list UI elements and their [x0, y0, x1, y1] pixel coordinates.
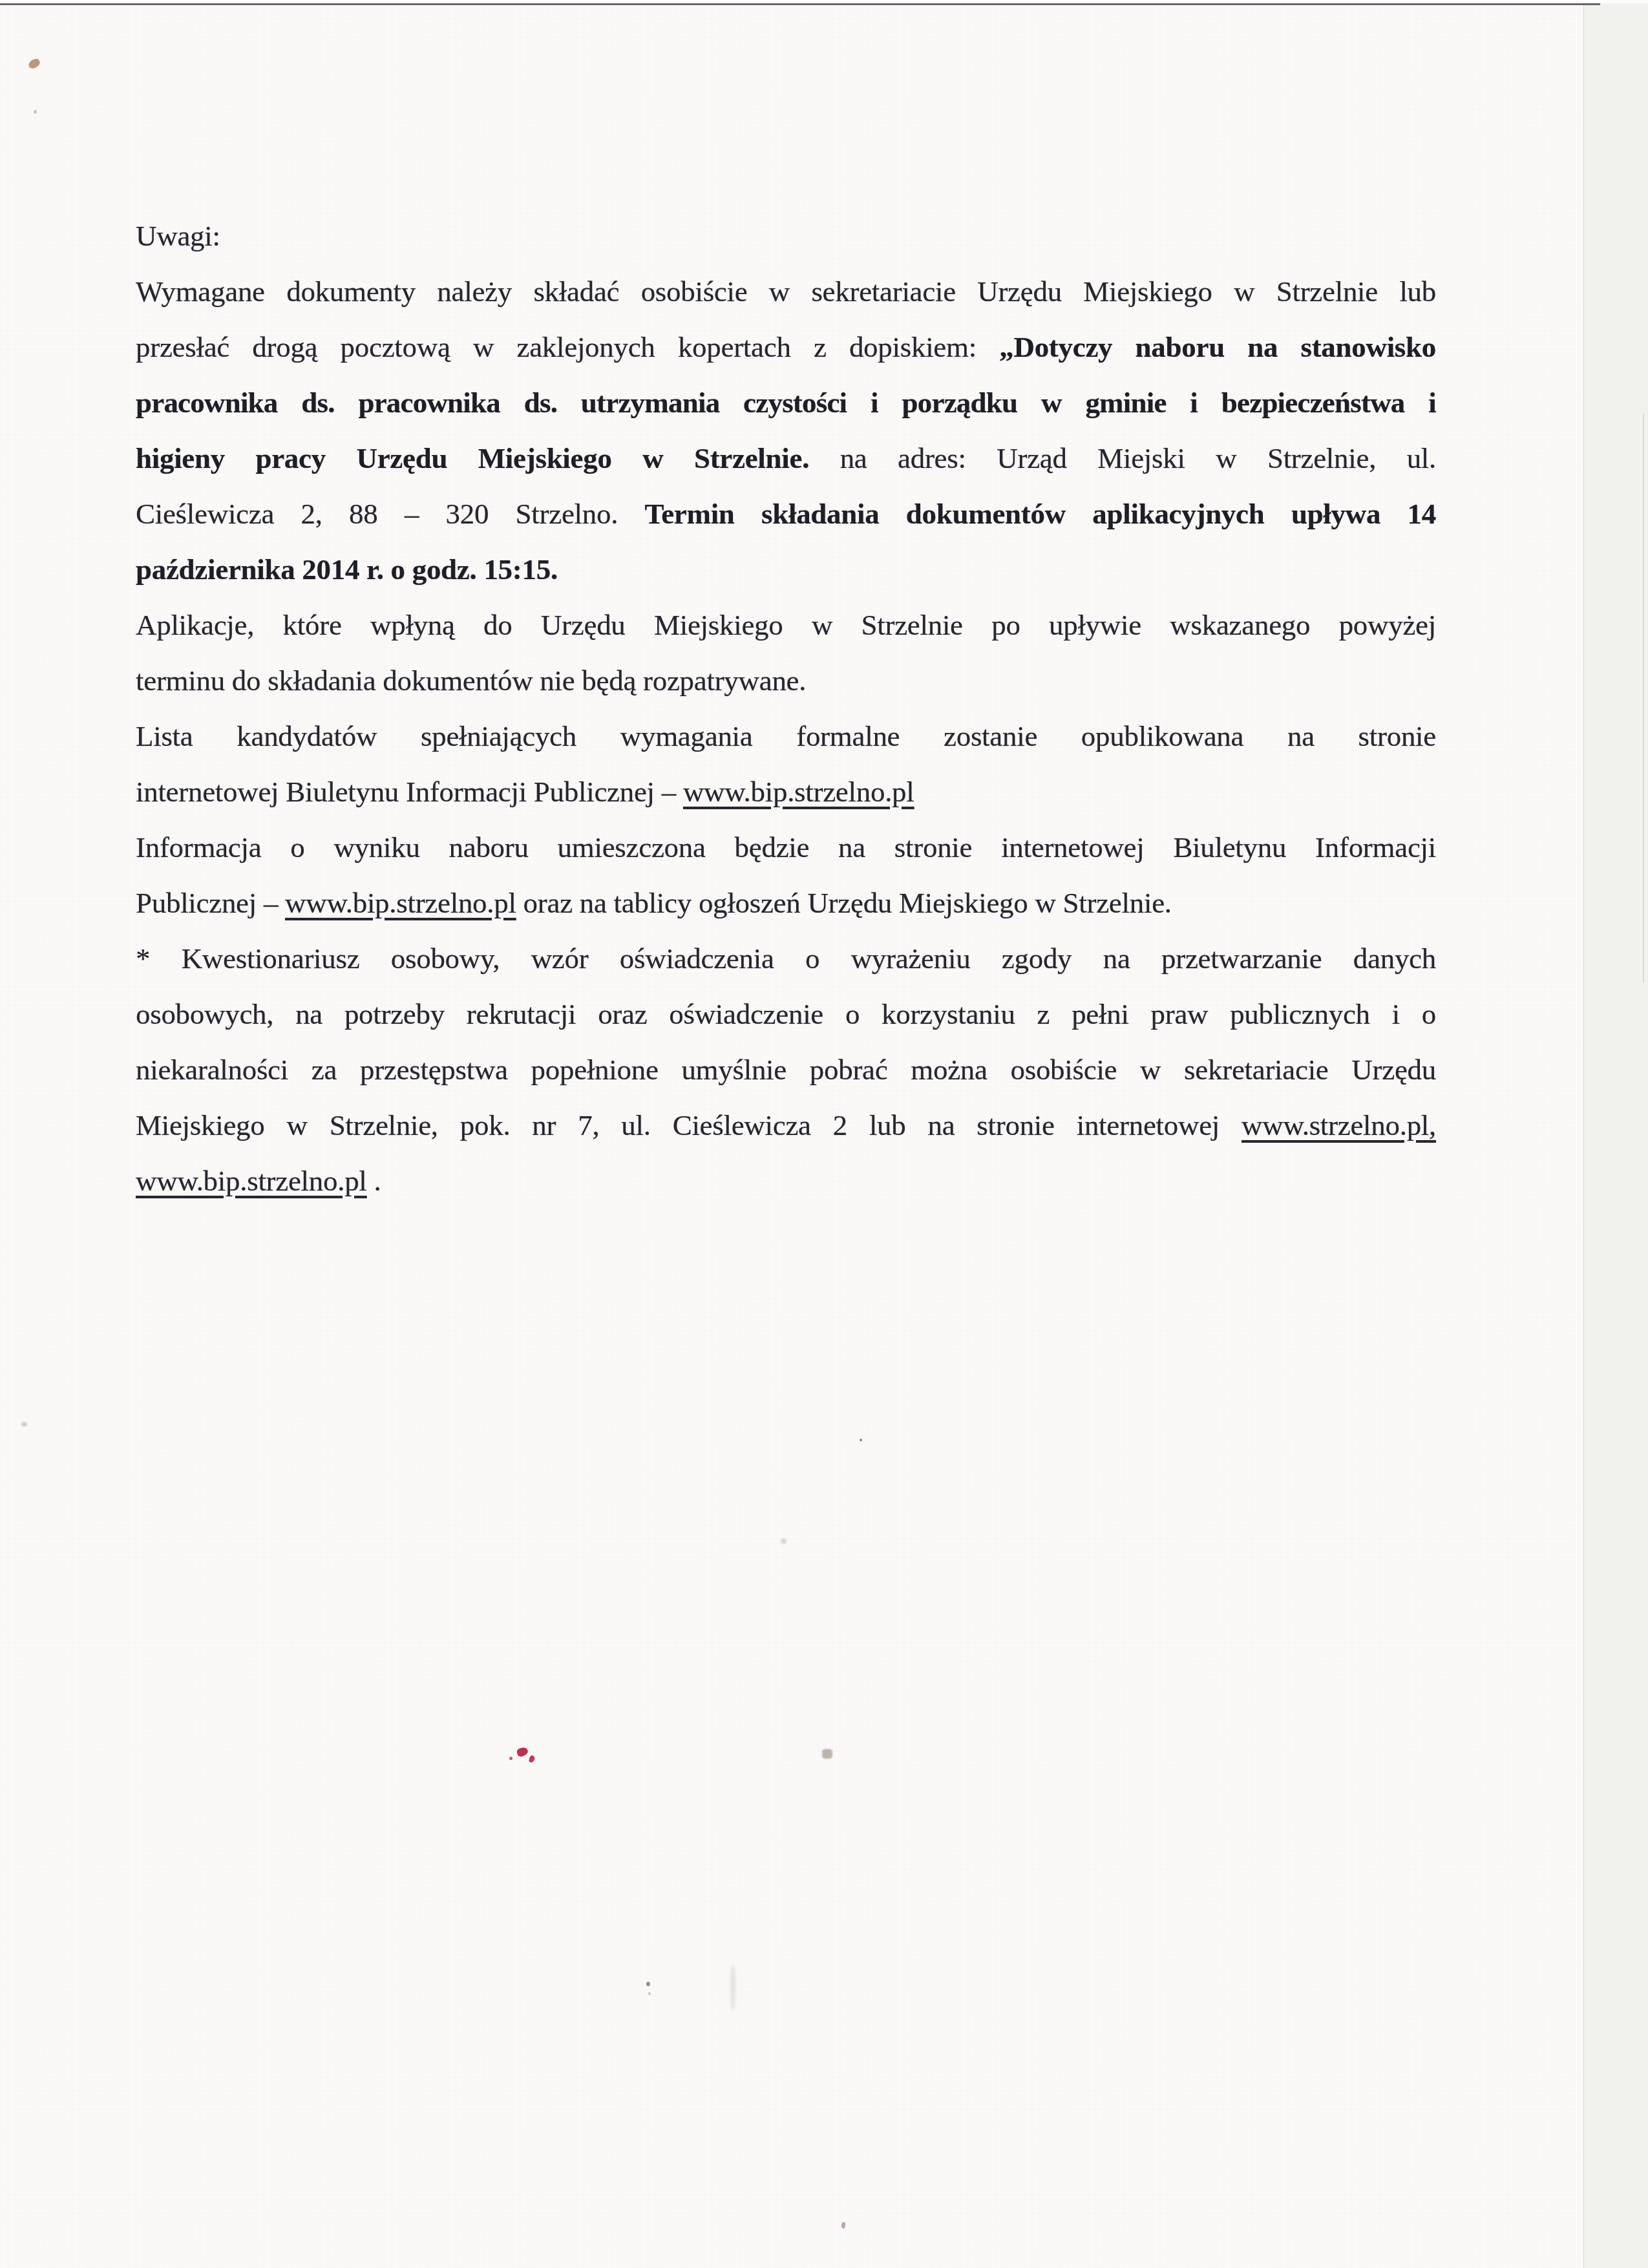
text-segment: przesłać drogą pocztową w zaklejonych ko… — [136, 331, 999, 363]
text-line-15: osobowych, na potrzeby rekrutacji oraz o… — [136, 986, 1436, 1042]
top-edge-scan-line — [0, 3, 1600, 5]
dust-dot-center-bottom — [646, 1982, 650, 1986]
text-line-18: www.bip.strzelno.pl . — [136, 1153, 1436, 1209]
url-text: www.bip.strzelno.pl — [285, 887, 516, 919]
text-line-17: Miejskiego w Strzelnie, pok. nr 7, ul. C… — [136, 1097, 1436, 1153]
text-segment: Publicznej – — [136, 887, 285, 919]
text-line-12: Informacja o wyniku naboru umieszczona b… — [136, 820, 1436, 875]
bold-text-segment: „Dotyczy naboru na stanowisko — [999, 331, 1436, 363]
dust-dot-dark — [860, 1439, 862, 1441]
text-segment: Lista kandydatów spełniających wymagania… — [136, 720, 1436, 752]
text-segment: terminu do składania dokumentów nie będą… — [136, 664, 806, 697]
red-ink-dot-right — [529, 1755, 536, 1763]
red-ink-blot-main — [516, 1746, 529, 1757]
red-ink-dot-left — [509, 1757, 512, 1760]
document-heading: Uwagi: — [136, 208, 1436, 264]
scanned-page: Uwagi:Wymagane dokumenty należy składać … — [0, 0, 1648, 2268]
text-line-16: niekaralności za przestępstwa popełnione… — [136, 1042, 1436, 1097]
smudge-center-bottom — [730, 1965, 735, 2010]
text-segment: oraz na tablicy ogłoszeń Urzędu Miejskie… — [516, 887, 1172, 919]
text-segment: Cieślewicza 2, 88 – 320 Strzelno. — [136, 498, 645, 530]
text-segment: Aplikacje, które wpłyną do Urzędu Miejsk… — [136, 609, 1436, 641]
url-text: www.strzelno.pl, — [1241, 1109, 1436, 1141]
text-line-2: Wymagane dokumenty należy składać osobiś… — [136, 264, 1436, 319]
text-segment: Wymagane dokumenty należy składać osobiś… — [136, 275, 1436, 308]
text-line-10: Lista kandydatów spełniających wymagania… — [136, 708, 1436, 764]
text-line-13: Publicznej – www.bip.strzelno.pl oraz na… — [136, 875, 1436, 931]
ink-speck-brown — [27, 58, 41, 69]
text-segment: Informacja o wyniku naboru umieszczona b… — [136, 831, 1436, 864]
text-line-3: przesłać drogą pocztową w zaklejonych ko… — [136, 319, 1436, 375]
text-segment: Miejskiego w Strzelnie, pok. nr 7, ul. C… — [136, 1109, 1241, 1141]
text-line-4: pracownika ds. pracownika ds. utrzymania… — [136, 375, 1436, 430]
dust-tail-center-bottom — [648, 1992, 651, 1995]
text-segment: * Kwestionariusz osobowy, wzór oświadcze… — [136, 942, 1436, 975]
text-line-5: higieny pracy Urzędu Miejskiego w Strzel… — [136, 430, 1436, 486]
text-segment: internetowej Biuletynu Informacji Public… — [136, 776, 683, 808]
bold-text-segment: Termin składania dokumentów aplikacyjnyc… — [645, 498, 1436, 530]
text-line-14: * Kwestionariusz osobowy, wzór oświadcze… — [136, 931, 1436, 986]
bold-text-segment: higieny pracy Urzędu Miejskiego w Strzel… — [136, 442, 809, 474]
dust-blob-gray — [781, 1538, 787, 1544]
text-segment: na adres: Urząd Miejski w Strzelnie, ul. — [809, 442, 1436, 474]
dust-speck-left-margin — [21, 1422, 27, 1426]
pencil-smudge-mark — [822, 1749, 832, 1759]
text-segment: osobowych, na potrzeby rekrutacji oraz o… — [136, 998, 1436, 1030]
url-text: www.bip.strzelno.pl — [683, 776, 914, 808]
text-segment: niekaralności za przestępstwa popełnione… — [136, 1054, 1436, 1086]
document-text-block: Uwagi:Wymagane dokumenty należy składać … — [136, 208, 1436, 1209]
scanner-edge-strip — [1583, 0, 1648, 2268]
url-text: www.bip.strzelno.pl — [136, 1165, 367, 1197]
text-line-11: internetowej Biuletynu Informacji Public… — [136, 764, 1436, 820]
text-segment: . — [367, 1165, 381, 1197]
scratch-line-right-edge — [1643, 414, 1644, 982]
text-segment: Uwagi: — [136, 220, 220, 252]
text-line-6: Cieślewicza 2, 88 – 320 Strzelno. Termin… — [136, 486, 1436, 542]
text-line-8: Aplikacje, które wpłyną do Urzędu Miejsk… — [136, 597, 1436, 653]
text-line-9: terminu do składania dokumentów nie będą… — [136, 653, 1436, 708]
fiber-speck-bottom — [841, 2222, 846, 2229]
bold-text-segment: października 2014 r. o godz. 15:15. — [136, 553, 558, 586]
text-line-7: października 2014 r. o godz. 15:15. — [136, 542, 1436, 597]
ink-speck-tiny — [34, 110, 37, 114]
bold-text-segment: pracownika ds. pracownika ds. utrzymania… — [136, 387, 1436, 419]
